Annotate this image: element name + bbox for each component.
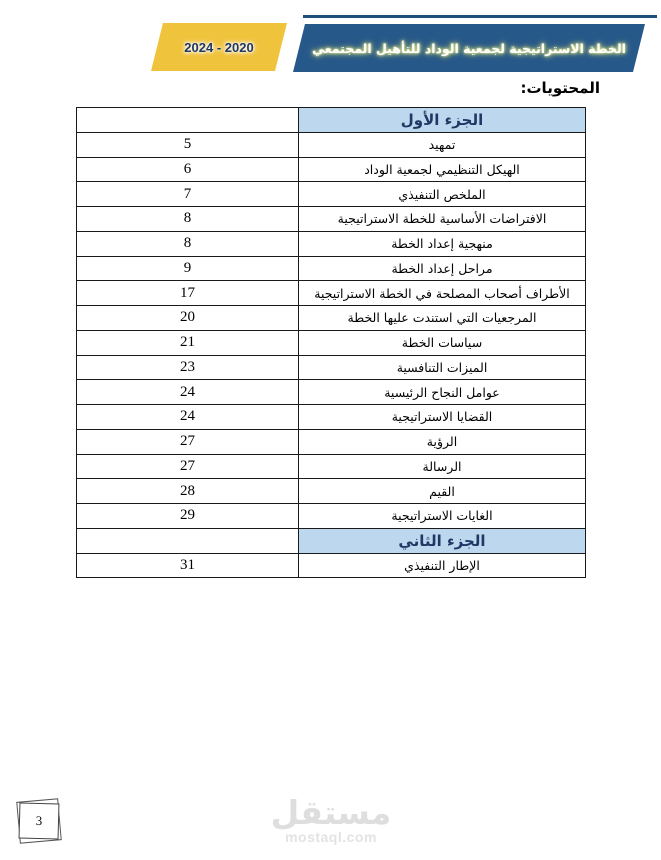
toc-page-cell: 20 [77, 306, 299, 331]
toc-title-cell: الرسالة [299, 454, 586, 479]
toc-row: الرسالة 27 [77, 454, 586, 479]
toc-page-cell: 8 [77, 207, 299, 232]
toc-row: الإطار التنفيذي 31 [77, 553, 586, 578]
years-banner: 2024 - 2020 [157, 23, 281, 71]
toc-row: سياسات الخطة 21 [77, 330, 586, 355]
toc-title-cell: الملخص التنفيذي [299, 182, 586, 207]
toc-page-cell: 21 [77, 330, 299, 355]
toc-title-cell: الأطراف أصحاب المصلحة في الخطة الاستراتي… [299, 281, 586, 306]
watermark: مستقل mostaql.com [283, 796, 379, 844]
toc-page-cell: 27 [77, 454, 299, 479]
toc-part-row: الجزء الأول [77, 108, 586, 133]
toc-page-cell: 27 [77, 429, 299, 454]
toc-title-cell: الافتراضات الأساسية للخطة الاستراتيجية [299, 207, 586, 232]
toc-title-cell: الإطار التنفيذي [299, 553, 586, 578]
toc-title-cell: عوامل النجاح الرئيسية [299, 380, 586, 405]
toc-page-cell: 9 [77, 256, 299, 281]
part-header-cell: الجزء الثاني [299, 528, 586, 553]
toc-row: الملخص التنفيذي 7 [77, 182, 586, 207]
toc-page-cell: 5 [77, 132, 299, 157]
document-page: 2024 - 2020 الخطة الاستراتيجية لجمعية ال… [0, 0, 661, 860]
toc-row: منهجية إعداد الخطة 8 [77, 231, 586, 256]
watermark-arabic: مستقل [271, 796, 392, 829]
toc-title-cell: المرجعيات التي استندت عليها الخطة [299, 306, 586, 331]
toc-page-cell [77, 528, 299, 553]
toc-row: مراحل إعداد الخطة 9 [77, 256, 586, 281]
toc-row: عوامل النجاح الرئيسية 24 [77, 380, 586, 405]
page-number-box: 3 [17, 799, 61, 843]
toc-title-cell: القضايا الاستراتيجية [299, 405, 586, 430]
toc-page-cell: 6 [77, 157, 299, 182]
toc-title-cell: الهيكل التنظيمي لجمعية الوداد [299, 157, 586, 182]
contents-heading: المحتويات: [520, 79, 600, 97]
toc-page-cell: 24 [77, 380, 299, 405]
toc-page-cell: 8 [77, 231, 299, 256]
toc-row: الهيكل التنظيمي لجمعية الوداد 6 [77, 157, 586, 182]
toc-title-cell: سياسات الخطة [299, 330, 586, 355]
toc-title-cell: الرؤية [299, 429, 586, 454]
toc-page-cell: 24 [77, 405, 299, 430]
toc-row: الافتراضات الأساسية للخطة الاستراتيجية 8 [77, 207, 586, 232]
toc-page-cell: 7 [77, 182, 299, 207]
part-header-cell: الجزء الأول [299, 108, 586, 133]
toc-page-cell [77, 108, 299, 133]
toc-title-cell: الغايات الاستراتيجية [299, 504, 586, 529]
page-number: 3 [19, 802, 60, 839]
toc-page-cell: 31 [77, 553, 299, 578]
toc-row: القضايا الاستراتيجية 24 [77, 405, 586, 430]
toc-page-cell: 23 [77, 355, 299, 380]
toc-row: المرجعيات التي استندت عليها الخطة 20 [77, 306, 586, 331]
toc-row: الرؤية 27 [77, 429, 586, 454]
title-banner: الخطة الاستراتيجية لجمعية الوداد للتأهيل… [299, 24, 639, 72]
toc-title-cell: تمهيد [299, 132, 586, 157]
header-rule [303, 15, 657, 18]
toc-title-cell: مراحل إعداد الخطة [299, 256, 586, 281]
document-title: الخطة الاستراتيجية لجمعية الوداد للتأهيل… [299, 24, 639, 72]
toc-part-row: الجزء الثاني [77, 528, 586, 553]
toc-row: الغايات الاستراتيجية 29 [77, 504, 586, 529]
toc-row: الأطراف أصحاب المصلحة في الخطة الاستراتي… [77, 281, 586, 306]
years-label: 2024 - 2020 [157, 23, 281, 71]
toc-page-cell: 17 [77, 281, 299, 306]
toc-title-cell: الميزات التنافسية [299, 355, 586, 380]
toc-table: الجزء الأول تمهيد 5 الهيكل التنظيمي لجمع… [76, 107, 586, 578]
toc-row: تمهيد 5 [77, 132, 586, 157]
toc-row: الميزات التنافسية 23 [77, 355, 586, 380]
toc-title-cell: القيم [299, 479, 586, 504]
toc-page-cell: 28 [77, 479, 299, 504]
toc-page-cell: 29 [77, 504, 299, 529]
toc-title-cell: منهجية إعداد الخطة [299, 231, 586, 256]
watermark-domain: mostaql.com [285, 830, 377, 844]
toc-row: القيم 28 [77, 479, 586, 504]
